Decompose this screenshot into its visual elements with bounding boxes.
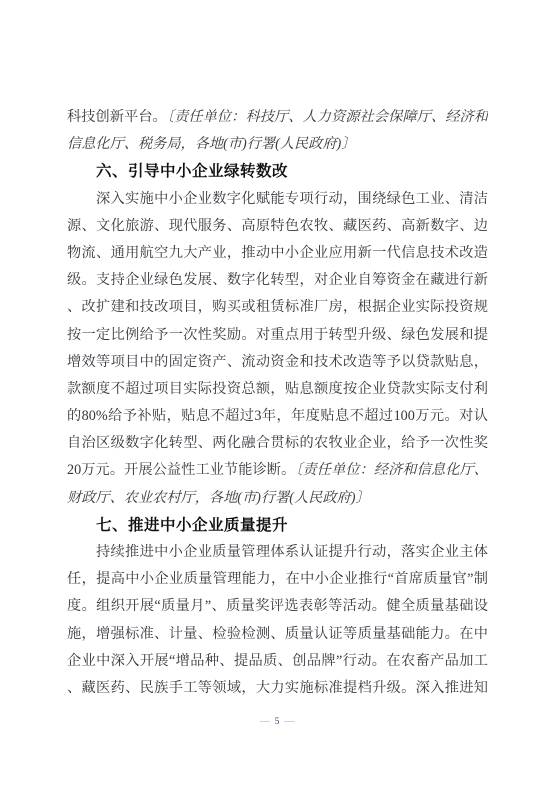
responsibility-unit-text: 信息化厅、税务局，各地(市)行署(人民政府)〕 [67,136,355,152]
text-line: 自治区级数字化转型、两化融合贯标的农牧业企业，给予一次性奖补 [67,430,488,457]
responsibility-unit-text: 〔责任单位：经济和信息化厅、 [295,462,488,478]
section-heading: 六、引导中小企业绿转数改 [67,158,488,185]
body-text: 源、文化旅游、现代服务、高原特色农牧、藏医药、高新数字、边贸 [67,218,488,240]
text-line: 财政厅、农业农村厅，各地(市)行署(人民政府)〕 [67,485,488,512]
responsibility-unit-text: 财政厅、农业农村厅，各地(市)行署(人民政府)〕 [67,490,370,506]
text-line: 物流、通用航空九大产业，推动中小企业应用新一代信息技术改造升 [67,240,488,267]
text-line: 持续推进中小企业质量管理体系认证提升行动，落实企业主体责 [67,539,488,566]
text-line: 科技创新平台。〔责任单位：科技厅、人力资源社会保障厅、经济和 [67,104,488,131]
text-line: 增效等项目中的固定资产、流动资金和技术改造等予以贷款贴息，贷 [67,349,488,376]
responsibility-unit-text: 〔责任单位：科技厅、人力资源社会保障厅、经济和 [167,109,488,125]
text-line: 级。支持企业绿色发展、数字化转型，对企业自筹资金在藏进行新建 [67,267,488,294]
body-text: 施，增强标准、计量、检验检测、质量认证等质量基础能力。在中小 [67,626,488,648]
body-text: 、改扩建和技改项目，购买或租赁标准厂房，根据企业实际投资规模 [67,299,488,321]
body-text: 科技创新平台。 [67,109,167,125]
body-text: 的80%给予补贴，贴息不超过3年，年度贴息不超过100万元。对认定为 [67,408,488,430]
body-text: 款额度不超过项目实际投资总额，贴息额度按企业贷款实际支付利息 [67,381,488,403]
text-line: 信息化厅、税务局，各地(市)行署(人民政府)〕 [67,131,488,158]
body-text: 20万元。开展公益性工业节能诊断。 [67,462,295,478]
body-text: 深入实施中小企业数字化赋能专项行动，围绕绿色工业、清洁能 [96,191,488,213]
text-line: 、藏医药、民族手工等领域，大力实施标准提档升级。深入推进知识 [67,675,488,702]
body-text: 增效等项目中的固定资产、流动资金和技术改造等予以贷款贴息，贷 [67,354,488,376]
text-line: 企业中深入开展“增品种、提品质、创品牌”行动。在农畜产品加工 [67,648,488,675]
page-number: 5 [270,717,285,727]
body-text: 、藏医药、民族手工等领域，大力实施标准提档升级。深入推进知识 [67,680,488,702]
body-text: 度。组织开展“质量月”、质量奖评选表彰等活动。健全质量基础设 [67,598,488,614]
text-line: 源、文化旅游、现代服务、高原特色农牧、藏医药、高新数字、边贸 [67,213,488,240]
footer-left-dash: — [260,716,270,727]
text-line: 施，增强标准、计量、检验检测、质量认证等质量基础能力。在中小 [67,621,488,648]
text-line: 按一定比例给予一次性奖励。对重点用于转型升级、绿色发展和提质 [67,322,488,349]
text-line: 20万元。开展公益性工业节能诊断。〔责任单位：经济和信息化厅、 [67,457,488,484]
text-line: 度。组织开展“质量月”、质量奖评选表彰等活动。健全质量基础设 [67,593,488,620]
section-heading: 七、推进中小企业质量提升 [67,512,488,539]
document-body: 科技创新平台。〔责任单位：科技厅、人力资源社会保障厅、经济和信息化厅、税务局，各… [67,104,488,702]
body-text: 持续推进中小企业质量管理体系认证提升行动，落实企业主体责 [96,544,488,566]
page-footer: —5— [0,712,554,732]
footer-right-dash: — [284,716,294,727]
body-text: 企业中深入开展“增品种、提品质、创品牌”行动。在农畜产品加工 [67,653,488,669]
body-text: 物流、通用航空九大产业，推动中小企业应用新一代信息技术改造升 [67,245,488,267]
text-line: 任，提高中小企业质量管理能力，在中小企业推行“首席质量官”制 [67,566,488,593]
body-text: 自治区级数字化转型、两化融合贯标的农牧业企业，给予一次性奖补 [67,435,488,457]
document-page: 科技创新平台。〔责任单位：科技厅、人力资源社会保障厅、经济和信息化厅、税务局，各… [0,0,554,787]
body-text: 按一定比例给予一次性奖励。对重点用于转型升级、绿色发展和提质 [67,327,488,349]
text-line: 的80%给予补贴，贴息不超过3年，年度贴息不超过100万元。对认定为 [67,403,488,430]
text-line: 款额度不超过项目实际投资总额，贴息额度按企业贷款实际支付利息 [67,376,488,403]
text-line: 、改扩建和技改项目，购买或租赁标准厂房，根据企业实际投资规模 [67,294,488,321]
body-text: 级。支持企业绿色发展、数字化转型，对企业自筹资金在藏进行新建 [67,272,488,294]
body-text: 任，提高中小企业质量管理能力，在中小企业推行“首席质量官”制 [67,571,488,587]
text-line: 深入实施中小企业数字化赋能专项行动，围绕绿色工业、清洁能 [67,186,488,213]
